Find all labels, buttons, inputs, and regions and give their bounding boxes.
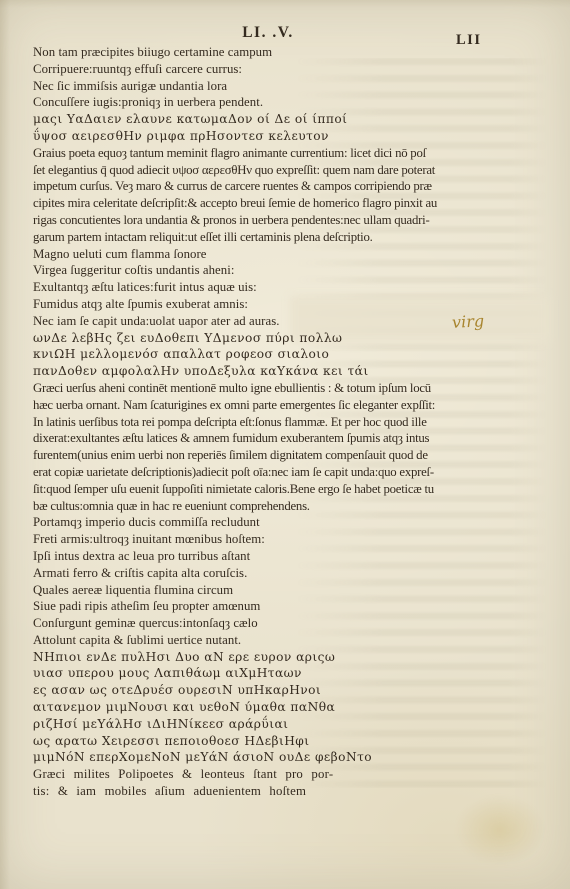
text-line: Conſurgunt geminæ quercus:intonſaqȝ cælo	[33, 615, 505, 632]
text-line: μαςι ΥαΔαιεν ελαυνε κατωμαΔον οί Δε οί ί…	[33, 111, 505, 128]
text-line: Armati ferro & criſtis capita alta coruſ…	[33, 565, 505, 582]
text-line: ριζΗσί μεΥάλΗσ ιΔιΗΝίκεεσ αράρΰιαι	[33, 716, 505, 733]
text-line: erat copiæ uarietate deſcriptionis)adiec…	[33, 464, 505, 481]
text-line: Græci milites Polipoetes & leonteus ſtan…	[33, 766, 505, 783]
text-line: αιτανεμον μιμΝουσι και υεθοΝ ύμαθα παΝθα	[33, 699, 505, 716]
text-line: Portamqȝ imperio ducis commiſſa recludun…	[33, 514, 505, 531]
text-line: ΝΗπιοι ενΔε πυλΗσι Δυο αΝ ερε ευρον αρις…	[33, 649, 505, 666]
book-page: LI. .V. LII Non tam præcipites biiugo ce…	[0, 0, 570, 889]
text-line: cipites mira celeritate deſcripſit:& acc…	[33, 195, 505, 212]
text-line: In latinis uerſibus tota rei pompa deſcr…	[33, 414, 505, 431]
text-line: πανΔοθεν αμφολαλΗν υποΔεξυλα καΥκάνα κει…	[33, 363, 505, 380]
text-line: ως αρατω Χειρεσσι πεποιοθοεσ ΗΔεβιΗφι	[33, 733, 505, 750]
text-line: bæ cultus:omnia quæ in hac re eueniunt c…	[33, 498, 505, 515]
text-line: Graius poeta equoȝ tantum meminit flagro…	[33, 145, 505, 162]
text-line: Quales aereæ liquentia flumina circum	[33, 582, 505, 599]
paper-stain	[455, 795, 545, 865]
text-line: κνιΩΗ μελλομενόσ απαλλατ ροφεοσ σιαλοιο	[33, 346, 505, 363]
running-title: LI. .V.	[33, 24, 503, 42]
text-line: μιμΝόΝ επερΧομεΝοΝ μεΥάΝ άσιοΝ ουΔε φεβο…	[33, 749, 505, 766]
text-line: impetum curſus. Veȝ maro & currus de car…	[33, 178, 505, 195]
text-line: ωνΔε λεβΗς ζει ευΔοθεπι ΥΔμενοσ πύρι πολ…	[33, 330, 505, 347]
text-line: Nec iam ſe capit unda:uolat uapor ater a…	[33, 313, 505, 330]
text-line: Virgea ſuggeritur coſtis undantis aheni:	[33, 262, 505, 279]
text-line: rigas concutientes lora undantia & prono…	[33, 212, 505, 229]
text-line: hæc uerba ornant. Nam ſcaturigines ex om…	[33, 397, 505, 414]
text-line: tis: & iam mobiles aſium aduenientem hoſ…	[33, 783, 505, 800]
text-block: Non tam præcipites biiugo certamine camp…	[33, 44, 505, 800]
text-line: garum partem intactam reliquit:ut eſſet …	[33, 229, 505, 246]
text-line: υιασ υπερου μους Λαπιθάωμ αιΧμΗταων	[33, 665, 505, 682]
text-line: ſet elegantius q̄ quod adiecit υψοσ αερε…	[33, 162, 505, 179]
text-line: Magno ueluti cum flamma ſonore	[33, 246, 505, 263]
text-line: dixerat:exultantes æſtu latices & amnem …	[33, 430, 505, 447]
margin-note-virg: virg	[452, 311, 485, 332]
text-line: Non tam præcipites biiugo certamine camp…	[33, 44, 505, 61]
text-line: ες ασαν ως οτεΔρυέσ ουρεσιΝ υπΗκαρΗνοι	[33, 682, 505, 699]
text-line: Attolunt capita & ſublimi uertice nutant…	[33, 632, 505, 649]
text-line: ſit:quod ſemper uſu euenit ſuppoſiti nim…	[33, 481, 505, 498]
text-line: Ipſi intus dextra ac leua pro turribus a…	[33, 548, 505, 565]
text-line: Concuſſere iugis:proniqȝ in uerbera pend…	[33, 94, 505, 111]
text-line: Siue padi ripis atheſim ſeu propter amœn…	[33, 598, 505, 615]
text-line: Fumidus atqȝ alte ſpumis exuberat amnis:	[33, 296, 505, 313]
text-line: Corripuere:ruuntqȝ effuſi carcere currus…	[33, 61, 505, 78]
text-line: Nec ſic immiſsis aurigæ undantia lora	[33, 78, 505, 95]
text-line: Freti armis:ultroqȝ inuitant mœnibus hoſ…	[33, 531, 505, 548]
text-line: ΰψοσ αειρεσθΗν ριμφα πρΗσοντεσ κελευτον	[33, 128, 505, 145]
text-line: Exultantqȝ æſtu latices:furit intus aquæ…	[33, 279, 505, 296]
text-line: Græci uerſus aheni continēt mentionē mul…	[33, 380, 505, 397]
text-line: furentem(unius enim uerbi non reperiēs ſ…	[33, 447, 505, 464]
